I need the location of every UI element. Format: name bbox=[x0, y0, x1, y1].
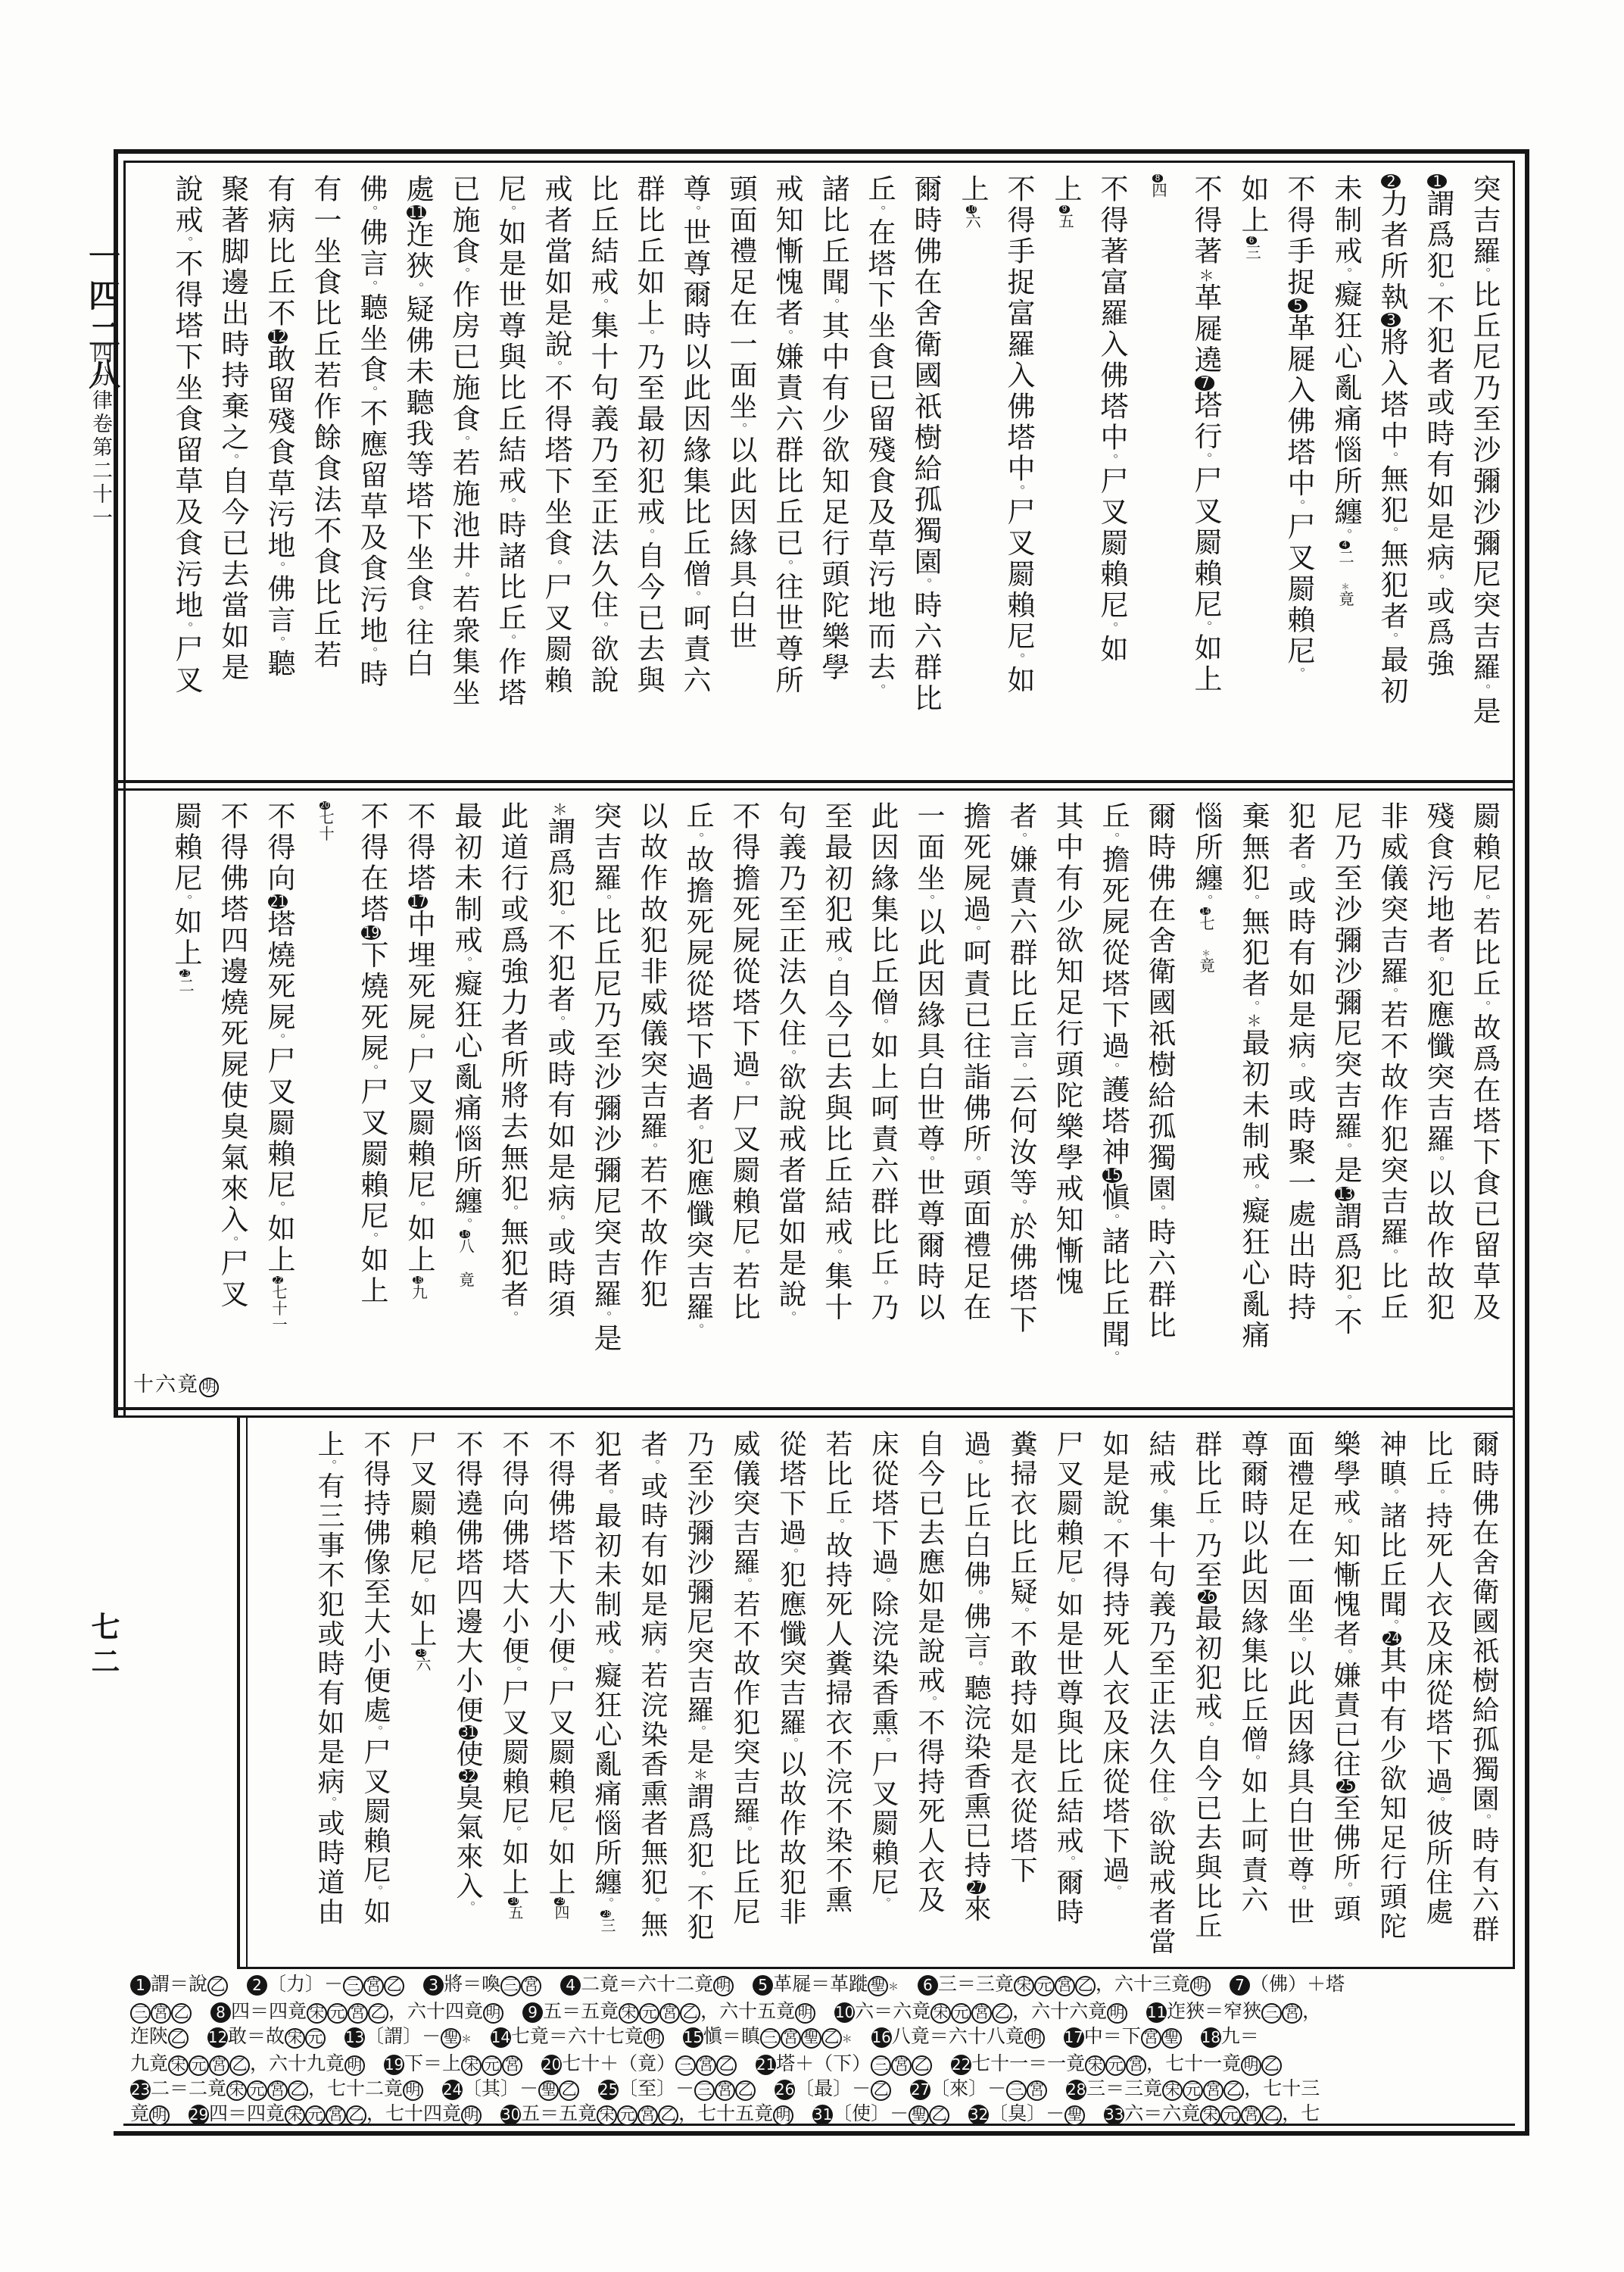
edition-siglum: 宮 bbox=[696, 2055, 716, 2076]
edition-siglum: 聖 bbox=[1161, 2028, 1182, 2049]
edition-siglum: 宋 bbox=[619, 2003, 639, 2024]
footnote-ref: 14 bbox=[1200, 907, 1211, 916]
footnote-ref: 27 bbox=[910, 2080, 930, 2100]
text-column: 2力者所執3將入塔中。無犯。無犯者。最初 bbox=[1368, 174, 1414, 779]
text-column: 尊。世尊爾時以此因緣集比丘僧。呵責六 bbox=[671, 174, 717, 779]
text-column: 有一坐食比丘若作餘食法不食比丘若 bbox=[301, 174, 348, 779]
text-column: 不得手捉5革屣入佛塔中。尸叉罽賴尼。 bbox=[1275, 174, 1321, 779]
text-column: 罽賴尼。如上23二 bbox=[161, 801, 208, 1401]
footnote-ref: 27 bbox=[967, 1880, 986, 1895]
edition-siglum: 明 bbox=[644, 2028, 664, 2049]
small-gloss: 33六 bbox=[413, 1649, 430, 1672]
text-column: 不得佛塔四邊燒死屍使臭氣來入。尸叉 bbox=[208, 801, 254, 1401]
edition-siglum: 乙 bbox=[821, 2028, 842, 2049]
footnote-ref: 22 bbox=[273, 1276, 283, 1284]
footnote-ref: 5 bbox=[1288, 298, 1308, 313]
border-bottom-outer bbox=[114, 2131, 1529, 2136]
text-column: 戒者當如是說。不得塔下坐食。尸叉罽賴 bbox=[532, 174, 578, 779]
small-gloss: 20七十 bbox=[316, 801, 333, 841]
text-column: 突吉羅。比丘尼乃至沙彌沙彌尼突吉羅。是 bbox=[581, 801, 628, 1401]
edition-siglum: 宮 bbox=[1027, 2080, 1047, 2101]
footnote-ref: 11 bbox=[407, 205, 426, 220]
edition-siglum: 宮 bbox=[637, 2105, 658, 2126]
edition-siglum: 宮 bbox=[1241, 2105, 1261, 2126]
footnote-ref: 11 bbox=[1146, 2002, 1167, 2023]
footnote-ref: 30 bbox=[500, 2105, 521, 2125]
edition-siglum: 乙 bbox=[168, 2028, 189, 2049]
footnote-ref: 33 bbox=[416, 1649, 426, 1656]
edition-siglum: 宮 bbox=[1141, 2028, 1161, 2049]
text-column: 此因緣集比丘僧。如上呵責六群比丘。乃 bbox=[859, 801, 905, 1401]
text-column: 尸叉罽賴尼。如上33六 bbox=[398, 1430, 444, 1965]
edition-siglum: 元 bbox=[305, 2105, 326, 2126]
text-column: 樂學戒。知慚愧者。嫌責已往25至佛所。頭 bbox=[1322, 1430, 1368, 1965]
edition-siglum: 宮 bbox=[326, 2105, 346, 2126]
apparatus-footnotes: 1謂＝說乙 2〔力〕－三宮乙 3將＝喚三宮 4二竟＝六十二竟明 5革屣＝革蹝聖＊… bbox=[130, 1972, 1523, 2127]
text-column: 面禮足在一面坐。以此因緣具白世尊。世 bbox=[1276, 1430, 1322, 1965]
footnote-ref: 9 bbox=[522, 2002, 543, 2023]
border-top-inner bbox=[123, 161, 1515, 163]
edition-siglum: 乙 bbox=[929, 2105, 949, 2126]
divider-middle-lower-b bbox=[118, 1415, 1515, 1418]
divider-middle-lower-a bbox=[118, 1407, 1515, 1410]
edition-siglum: 元 bbox=[327, 2003, 348, 2024]
text-column: 突吉羅。比丘尼乃至沙彌沙彌尼突吉羅。是 bbox=[1460, 174, 1507, 779]
footnote-ref: 17 bbox=[1064, 2027, 1084, 2048]
text-column: 丘。擔死屍從塔下過。護塔神15愼。諸比丘聞。 bbox=[1089, 801, 1136, 1401]
text-column: 有病比丘不12敢留殘食草污地。佛言。聽 bbox=[255, 174, 301, 779]
edition-siglum: 明 bbox=[713, 1976, 734, 1996]
edition-siglum: 聖 bbox=[1064, 2105, 1085, 2126]
text-column: 爾時佛在舍衛國祇樹給孤獨園。時有六群 bbox=[1460, 1430, 1507, 1965]
text-column: 比丘。持死人衣及床從塔下過。彼所住處 bbox=[1414, 1430, 1460, 1965]
text-column: 犯者。或時有如是病。或時聚一處出時持 bbox=[1276, 801, 1322, 1401]
footnote-ref: 19 bbox=[384, 2055, 404, 2075]
border-right-inner bbox=[1513, 161, 1515, 1969]
edition-siglum: 明 bbox=[1241, 2055, 1261, 2076]
edition-siglum: 元 bbox=[1034, 1976, 1055, 1996]
text-column: 上。有三事不犯或時有如是病。或時道由 bbox=[306, 1430, 352, 1965]
text-column: 一面坐。以此因緣具白世尊。世尊爾時以 bbox=[905, 801, 951, 1401]
edition-siglum: 三 bbox=[1006, 2080, 1027, 2101]
text-column: 擔死屍過。呵責已往詣佛所。頭面禮足在 bbox=[951, 801, 997, 1401]
edition-siglum: 元 bbox=[639, 2003, 659, 2024]
text-column: 諸比丘聞。其中有少欲知足行頭陀樂學 bbox=[809, 174, 856, 779]
text-column: 不得佛塔下大小便。尸叉罽賴尼。如上29四 bbox=[537, 1430, 583, 1965]
border-right-outer bbox=[1525, 149, 1529, 2136]
text-column: 最初未制戒。癡狂心亂痛惱所纏。16八 竟 bbox=[441, 801, 488, 1401]
edition-siglum: 宋 bbox=[307, 2003, 327, 2024]
edition-siglum: 宋 bbox=[1162, 2080, 1183, 2101]
small-gloss: 28三 bbox=[598, 1910, 615, 1933]
text-column: 尼。如是世尊與比丘結戒。時諸比丘。作塔 bbox=[486, 174, 532, 779]
edition-siglum: 明 bbox=[773, 2105, 793, 2126]
text-column: 尼乃至沙彌沙彌尼突吉羅。是13謂爲犯。不 bbox=[1322, 801, 1368, 1401]
text-column: 如上6三 bbox=[1228, 174, 1275, 779]
edition-siglum: 宮 bbox=[1126, 2055, 1146, 2076]
edition-siglum: 三 bbox=[871, 2055, 891, 2076]
footnote-ref: 24 bbox=[442, 2080, 463, 2100]
register-upper: 突吉羅。比丘尼乃至沙彌沙彌尼突吉羅。是1謂爲犯。不犯者或時有如是病。或爲強2力者… bbox=[163, 174, 1507, 779]
text-column: 此道行或爲強力者所將去無犯。無犯者。 bbox=[488, 801, 535, 1401]
footnote-ref: 12 bbox=[207, 2027, 228, 2048]
edition-siglum: 宋 bbox=[285, 2105, 305, 2126]
text-column: 不得遶佛塔四邊大小便31使32臭氣來入。 bbox=[444, 1430, 491, 1965]
footnote-ref: 25 bbox=[1336, 1779, 1355, 1793]
edition-siglum: 宋 bbox=[1014, 1976, 1034, 1996]
edition-siglum: 宋 bbox=[226, 2080, 247, 2101]
small-gloss: 30五 bbox=[506, 1897, 522, 1921]
edition-siglum: 宮 bbox=[891, 2055, 912, 2076]
text-column: 佛。佛言。聽坐食。不應留草及食污地。時 bbox=[348, 174, 394, 779]
footnote-ref: 28 bbox=[600, 1910, 611, 1918]
text-column: 不得手捉富羅入佛塔中。尸叉罽賴尼。如 bbox=[995, 174, 1041, 779]
footnote-ref: 16 bbox=[460, 1230, 470, 1238]
footnote-ref: 31 bbox=[459, 1725, 478, 1740]
edition-siglum: 乙 bbox=[559, 2080, 579, 2101]
edition-siglum: 宮 bbox=[659, 2003, 680, 2024]
footnote-line: 1謂＝說乙 2〔力〕－三宮乙 3將＝喚三宮 4二竟＝六十二竟明 5革屣＝革蹝聖＊… bbox=[130, 1972, 1523, 1999]
footnote-line: 迮陝乙 12敢＝故宋元 13〔謂〕－聖＊ 14七竟＝六十七竟明 15愼＝瞋三宮聖… bbox=[130, 2024, 1523, 2052]
footnote-ref: 18 bbox=[1201, 2027, 1221, 2048]
edition-siglum: 明 bbox=[1024, 2028, 1045, 2049]
text-column: 不得著＊革屣遶7塔行。尸叉罽賴尼。如上 bbox=[1181, 174, 1228, 779]
fascicle-title-label: 四分律卷第二十一 bbox=[86, 342, 116, 530]
edition-siglum: 元 bbox=[305, 2028, 326, 2049]
text-column: 上10六 bbox=[948, 174, 995, 779]
footnote-ref: 22 bbox=[951, 2055, 971, 2075]
footnote-ref: 6 bbox=[918, 1975, 938, 1996]
footnote-ref: 8 bbox=[1152, 174, 1163, 183]
edition-siglum: 三 bbox=[675, 2055, 696, 2076]
small-gloss: 6三 bbox=[1243, 236, 1260, 261]
edition-siglum: 宮 bbox=[715, 2080, 735, 2101]
text-column: 群比丘如上。乃至最初犯戒。自今已去與 bbox=[625, 174, 671, 779]
edition-siglum: 乙 bbox=[207, 1976, 228, 1996]
footnote-ref: 3 bbox=[423, 1975, 444, 1996]
edition-siglum: 宋 bbox=[597, 2105, 617, 2126]
footnote-ref: 26 bbox=[775, 2080, 795, 2100]
text-column: 不得擔死屍從塔下過。尸叉罽賴尼。若比 bbox=[720, 801, 766, 1401]
edition-siglum: 聖 bbox=[909, 2105, 929, 2126]
footnote-ref: 29 bbox=[189, 2105, 209, 2125]
scanned-page: { "colors": { "ink": "#161616", "paper":… bbox=[0, 0, 1624, 2272]
edition-siglum: 乙 bbox=[680, 2003, 700, 2024]
footnote-ref: 6 bbox=[1246, 236, 1257, 245]
edition-siglum: 元 bbox=[1105, 2055, 1126, 2076]
footnote-ref: 20 bbox=[541, 2055, 562, 2075]
small-gloss: 4二 ＊竟 bbox=[1336, 541, 1353, 607]
edition-siglum: 聖 bbox=[801, 2028, 821, 2049]
edition-siglum: 乙 bbox=[871, 2080, 891, 2101]
edition-siglum: 宮 bbox=[971, 2003, 992, 2024]
edition-siglum: 元 bbox=[617, 2105, 637, 2126]
text-column: 自今已去應如是說戒。不得持死人衣及 bbox=[906, 1430, 952, 1965]
small-gloss: 29四 bbox=[552, 1897, 569, 1921]
footnote-ref: 30 bbox=[508, 1897, 519, 1905]
footnote-ref: 21 bbox=[756, 2055, 776, 2075]
footnote-ref: 13 bbox=[344, 2027, 365, 2048]
edition-siglum: 明 bbox=[795, 2003, 815, 2024]
edition-siglum: 宮 bbox=[502, 2055, 522, 2076]
text-column: 殘食污地者。犯應懺突吉羅。以故作故犯 bbox=[1414, 801, 1460, 1401]
edition-siglum: 明 bbox=[483, 2003, 503, 2024]
border-top-outer bbox=[114, 149, 1529, 154]
edition-siglum: 宋 bbox=[168, 2055, 189, 2076]
footnote-ref: 23 bbox=[179, 969, 190, 978]
footnote-ref: 32 bbox=[968, 2105, 989, 2125]
text-column: 頭面禮足在一面坐。以此因緣具白世 bbox=[717, 174, 763, 779]
divider-upper-middle-a bbox=[118, 780, 1515, 783]
small-gloss: 8四 bbox=[1149, 174, 1166, 198]
edition-siglum: 宋 bbox=[285, 2028, 305, 2049]
edition-siglum: 三 bbox=[694, 2080, 715, 2101]
text-column: 戒知慚愧者。嫌責六群比丘已。往世尊所 bbox=[763, 174, 809, 779]
edition-siglum: 宮 bbox=[267, 2080, 288, 2101]
edition-siglum: 乙 bbox=[912, 2055, 932, 2076]
text-column: 惱所纏。14七 ＊竟 bbox=[1182, 801, 1229, 1401]
edition-siglum: 乙 bbox=[992, 2003, 1012, 2024]
edition-siglum: 乙 bbox=[735, 2080, 756, 2101]
text-column: 不得向佛塔大小便。尸叉罽賴尼。如上30五 bbox=[491, 1430, 537, 1965]
text-column: 如是說。不得持死人衣及床從塔下過。 bbox=[1091, 1430, 1137, 1965]
edition-siglum: 明 bbox=[1107, 2003, 1127, 2024]
small-gloss: 22七十一 bbox=[270, 1276, 286, 1333]
footnote-ref: 13 bbox=[1335, 1187, 1354, 1201]
divider-upper-middle-b bbox=[118, 788, 1515, 791]
edition-siglum: 宮 bbox=[1055, 1976, 1075, 1996]
edition-siglum: 乙 bbox=[1261, 2105, 1282, 2126]
edition-siglum: 宮 bbox=[781, 2028, 801, 2049]
text-column: 丘。故擔死屍從塔下過者。犯應懺突吉羅。 bbox=[674, 801, 720, 1401]
text-column: 罽賴尼。若比丘。故爲在塔下食已留草及 bbox=[1460, 801, 1507, 1401]
footnote-ref: 20 bbox=[320, 801, 330, 810]
small-gloss: 10六 bbox=[963, 205, 980, 229]
text-column: 糞掃衣比丘疑。不敢持如是衣從塔下 bbox=[999, 1430, 1045, 1965]
edition-siglum: 三 bbox=[760, 2028, 781, 2049]
footnote-line: 三宮乙 8四＝四竟宋元宮乙，六十四竟明 9五＝五竟宋元宮乙，六十五竟明 10六＝… bbox=[130, 1999, 1523, 2024]
edition-siglum: 三 bbox=[500, 1976, 521, 1996]
text-column: 不得向21塔燒死屍。尸叉罽賴尼。如上22七十一 bbox=[254, 801, 301, 1401]
text-column: 處11迮狹。疑佛未聽我等塔下坐食。往白 bbox=[394, 174, 440, 779]
footnote-ref: 10 bbox=[966, 205, 977, 214]
footnote-ref: 9 bbox=[1059, 205, 1070, 214]
edition-siglum: 宮 bbox=[348, 2003, 368, 2024]
edition-siglum: 明 bbox=[403, 2080, 423, 2101]
text-column: 不得持佛像至大小便處。尸叉罽賴尼。如 bbox=[352, 1430, 398, 1965]
text-column: ＊謂爲犯。不犯者。或時有如是病。或時須 bbox=[535, 801, 581, 1401]
edition-siglum: 聖 bbox=[868, 1976, 888, 1996]
edition-siglum: 乙 bbox=[229, 2055, 250, 2076]
text-column: 不得著富羅入佛塔中。尸叉罽賴尼。如 bbox=[1088, 174, 1134, 779]
text-column: 爾時佛在舍衛國祇樹給孤獨園。時六群比 bbox=[902, 174, 948, 779]
edition-siglum: 乙 bbox=[1261, 2055, 1282, 2076]
edition-siglum: 乙 bbox=[171, 2003, 192, 2024]
edition-siglum: 明 bbox=[344, 2055, 365, 2076]
edition-siglum: 乙 bbox=[1223, 2080, 1244, 2101]
lower-left-border-inner bbox=[246, 1415, 248, 1969]
text-column: 至最初犯戒。自今已去與比丘結戒。集十 bbox=[812, 801, 859, 1401]
footnote-ref: 15 bbox=[683, 2027, 703, 2048]
edition-siglum: 元 bbox=[189, 2055, 209, 2076]
footnote-ref: 12 bbox=[268, 329, 288, 344]
edition-siglum: 明 bbox=[1190, 1976, 1211, 1996]
footnote-ref: 1 bbox=[130, 1975, 151, 1996]
edition-siglum: 乙 bbox=[658, 2105, 678, 2126]
text-column: 比丘結戒。集十句義乃至正法久住。欲說 bbox=[578, 174, 625, 779]
edition-siglum: 宋 bbox=[1200, 2105, 1220, 2126]
text-column: 不得塔17中埋死屍。尸叉罽賴尼。如上18九 bbox=[394, 801, 441, 1401]
edition-siglum: 乙 bbox=[716, 2055, 737, 2076]
text-column: 1謂爲犯。不犯者或時有如是病。或爲強 bbox=[1414, 174, 1460, 779]
text-column: 犯者。最初未制戒。癡狂心亂痛惱所纏。28三 bbox=[583, 1430, 629, 1965]
edition-siglum: 宮 bbox=[1203, 2080, 1223, 2101]
footnote-ref: 3 bbox=[1381, 313, 1401, 327]
page-number-label: 七二 bbox=[82, 1612, 123, 1681]
border-left-outer bbox=[114, 149, 118, 1418]
footnote-ref: 33 bbox=[1104, 2105, 1124, 2125]
text-column: 尸叉罽賴尼。如是世尊與比丘結戒。爾時 bbox=[1045, 1430, 1091, 1965]
edition-siglum: 三 bbox=[1261, 2003, 1282, 2024]
edition-siglum: 乙 bbox=[1075, 1976, 1096, 1996]
edition-siglum: 三 bbox=[130, 2003, 151, 2024]
edition-siglum: 宮 bbox=[363, 1976, 384, 1996]
edition-siglum: 宋 bbox=[930, 2003, 951, 2024]
footnote-ref: 24 bbox=[1382, 1631, 1401, 1646]
text-column: 已施食。作房已施食。若施池井。若衆集坐 bbox=[440, 174, 486, 779]
edition-siglum: 乙 bbox=[368, 2003, 388, 2024]
edition-siglum: 乙 bbox=[346, 2105, 366, 2126]
footnote-ref: 4 bbox=[1339, 541, 1350, 549]
register-lower: 爾時佛在舍衛國祇樹給孤獨園。時有六群比丘。持死人衣及床從塔下過。彼所住處神瞋。諸… bbox=[306, 1430, 1507, 1965]
text-column: 從塔下過。犯應懺突吉羅。以故作故犯非 bbox=[768, 1430, 814, 1965]
edition-siglum: 明 bbox=[461, 2105, 482, 2126]
text-column: 神瞋。諸比丘聞。24其中有少欲知足行頭陀 bbox=[1368, 1430, 1414, 1965]
footnote-ref: 32 bbox=[459, 1769, 478, 1784]
footnote-line: 23二＝二竟宋元宮乙，七十二竟明 24〔其〕－聖乙 25〔至〕－三宮乙 26〔最… bbox=[130, 2077, 1523, 2102]
text-column: 以故作故犯非威儀突吉羅。若不故作犯 bbox=[628, 801, 674, 1401]
apparatus-separator bbox=[237, 1967, 1515, 1969]
edition-siglum: 聖 bbox=[441, 2028, 461, 2049]
text-column: 乃至沙彌沙彌尼突吉羅。是＊謂爲犯。不犯 bbox=[675, 1430, 722, 1965]
small-gloss: 9五 bbox=[1056, 205, 1073, 229]
footnote-ref: 7 bbox=[1230, 1975, 1250, 1996]
text-column: 過。比丘白佛。佛言。聽浣染香熏已持27來 bbox=[952, 1430, 999, 1965]
text-column: 說戒。不得塔下坐食留草及食污地。尸叉 bbox=[163, 174, 209, 779]
footnote-ref: 29 bbox=[554, 1897, 565, 1905]
edition-siglum: 宮 bbox=[521, 1976, 541, 1996]
text-column: 聚著脚邊出時持棄之。自今已去當如是 bbox=[209, 174, 255, 779]
edition-siglum: 聖 bbox=[538, 2080, 559, 2101]
footnote-ref: 18 bbox=[413, 1276, 423, 1284]
text-column: 丘。在塔下坐食已留殘食及草污地而去。 bbox=[856, 174, 902, 779]
footnote-line: 竟明 29四＝四竟宋元宮乙，七十四竟明 30五＝五竟宋元宮乙，七十五竟明 31〔… bbox=[130, 2102, 1523, 2127]
text-column: 不得在塔19下燒死屍。尸叉罽賴尼。如上 bbox=[348, 801, 394, 1401]
footnote-ref: 25 bbox=[598, 2080, 619, 2100]
small-gloss: 23二 bbox=[176, 969, 193, 994]
edition-siglum: 宮 bbox=[209, 2055, 229, 2076]
text-column: 尊爾時以此因緣集比丘僧。如上呵責六 bbox=[1230, 1430, 1276, 1965]
text-column: 句義乃至正法久住。欲說戒者當如是說。 bbox=[766, 801, 812, 1401]
edition-siglum: 元 bbox=[482, 2055, 502, 2076]
text-column: 結戒。集十句義乃至正法久住。欲說戒者當 bbox=[1137, 1430, 1183, 1965]
text-column: 者。嫌責六群比丘言。云何汝等。於佛塔下 bbox=[997, 801, 1043, 1401]
edition-siglum: 元 bbox=[1220, 2105, 1241, 2126]
edition-siglum: 宋 bbox=[461, 2055, 482, 2076]
footnote-ref: 8 bbox=[210, 2002, 231, 2023]
text-column: 上9五 bbox=[1041, 174, 1088, 779]
edition-siglum: 三 bbox=[343, 1976, 363, 1996]
text-column: 未制戒。癡狂心亂痛惱所纏。4二 ＊竟 bbox=[1321, 174, 1368, 779]
edition-siglum: 明 bbox=[149, 2105, 170, 2126]
footnote-ref: 28 bbox=[1066, 2080, 1086, 2100]
edition-siglum: 宮 bbox=[1282, 2003, 1302, 2024]
footnote-ref: 21 bbox=[268, 894, 288, 909]
footnote-ref: 26 bbox=[1198, 1590, 1217, 1604]
lower-left-border-outer bbox=[237, 1415, 240, 1969]
register-middle: 罽賴尼。若比丘。故爲在塔下食已留草及殘食污地者。犯應懺突吉羅。以故作故犯非威儀突… bbox=[161, 801, 1507, 1401]
text-column: 群比丘。乃至26最初犯戒。自今已去與比丘 bbox=[1183, 1430, 1230, 1965]
footnote-ref: 14 bbox=[491, 2027, 511, 2048]
footnote-ref: 23 bbox=[130, 2080, 151, 2100]
small-gloss: 16八 竟 bbox=[457, 1230, 473, 1287]
footnote-ref: 17 bbox=[408, 894, 428, 909]
footnote-ref: 2 bbox=[1381, 174, 1401, 189]
edition-siglum: 元 bbox=[247, 2080, 267, 2101]
footnote-ref: 2 bbox=[247, 1975, 267, 1996]
footnote-line: 九竟宋元宮乙，六十九竟明 19下＝上宋元宮 20七十＋（竟）三宮乙 21塔＋（下… bbox=[130, 2052, 1523, 2077]
edition-siglum: 元 bbox=[1183, 2080, 1203, 2101]
footnote-ref: 15 bbox=[1102, 1168, 1122, 1182]
text-column: 者。或時有如是病。若浣染香熏者無犯。無 bbox=[629, 1430, 675, 1965]
edition-siglum: 宮 bbox=[151, 2003, 171, 2024]
text-column: 若比丘。故持死人糞掃衣不浣不染不熏 bbox=[814, 1430, 860, 1965]
footnote-ref: 16 bbox=[871, 2027, 892, 2048]
footnote-ref: 5 bbox=[753, 1975, 773, 1996]
footnote-ref: 31 bbox=[812, 2105, 833, 2125]
footnote-ref: 10 bbox=[834, 2002, 855, 2023]
edition-siglum: 元 bbox=[951, 2003, 971, 2024]
text-column: 棄無犯。無犯者。＊最初未制戒。癡狂心亂痛 bbox=[1229, 801, 1276, 1401]
footnote-ref: 4 bbox=[560, 1975, 581, 1996]
edition-siglum: 宋 bbox=[1085, 2055, 1105, 2076]
footnote-ref: 1 bbox=[1427, 174, 1447, 189]
text-column: 8四 bbox=[1134, 174, 1181, 779]
small-gloss: 14七 ＊竟 bbox=[1197, 907, 1214, 974]
edition-siglum: 乙 bbox=[384, 1976, 404, 1996]
footnote-ref: 7 bbox=[1195, 376, 1214, 390]
text-column: 爾時佛在舍衛國祇樹給孤獨園。時六群比 bbox=[1136, 801, 1182, 1401]
text-column: 床從塔下過。除浣染香熏。尸叉罽賴尼。 bbox=[860, 1430, 906, 1965]
edition-siglum: 乙 bbox=[288, 2080, 308, 2101]
text-column: 20七十 bbox=[301, 801, 348, 1401]
footnote-ref: 19 bbox=[361, 925, 381, 940]
text-column: 威儀突吉羅。若不故作犯突吉羅。比丘尼 bbox=[722, 1430, 768, 1965]
text-column: 其中有少欲知足行頭陀樂學戒知慚愧 bbox=[1043, 801, 1089, 1401]
text-column: 非威儀突吉羅。若不故作犯突吉羅。比丘 bbox=[1368, 801, 1414, 1401]
small-gloss: 18九 bbox=[410, 1276, 426, 1300]
